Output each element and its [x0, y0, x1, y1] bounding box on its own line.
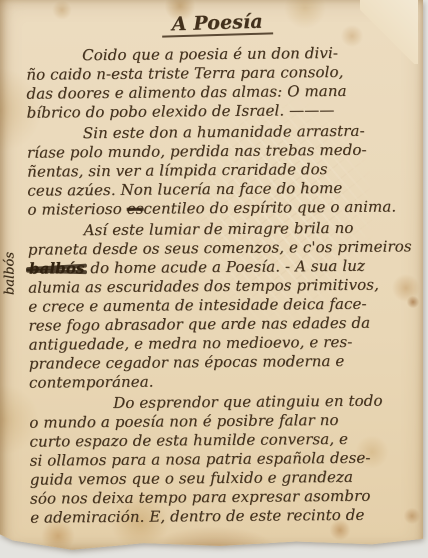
manuscript-text: A Poesía Coido que a poesia é un don div…: [26, 8, 413, 529]
manuscript-line: si ollamos para a nosa patria española d…: [30, 448, 412, 470]
manuscript-line: bíbrico do pobo elexido de Israel. ———: [27, 100, 409, 122]
manuscript-paper: balbós A Poesía Coido que a poesia é un …: [0, 0, 423, 552]
paragraph-1: Coido que a poesia é un don divi- ño cai…: [26, 43, 409, 122]
line-text: o misterioso: [27, 200, 126, 219]
paragraph-4: Do esprendor que atinguiu en todo o mund…: [29, 391, 412, 527]
line-text: do home acude a Poesía. - A sua luz: [85, 257, 365, 277]
manuscript-line: contemporánea.: [29, 370, 411, 392]
manuscript-line: Do esprendor que atinguiu en todo: [29, 391, 411, 413]
page-title: A Poesía: [161, 12, 273, 37]
manuscript-line: o misterioso escentileo do espírito que …: [27, 197, 409, 219]
paper-shadow-wrap: balbós A Poesía Coido que a poesia é un …: [0, 0, 428, 558]
paragraph-2: Sin este don a humanidade arrastra- rías…: [27, 121, 410, 219]
struck-word: es: [127, 200, 144, 218]
margin-note: balbós: [3, 238, 18, 310]
manuscript-line: e ademiración. E, dentro de este recinto…: [30, 505, 412, 527]
scan-background: balbós A Poesía Coido que a poesia é un …: [0, 0, 428, 558]
line-text: centileo do espírito que o anima.: [143, 197, 396, 217]
manuscript-line: rese fogo abrasador que arde nas edades …: [28, 313, 410, 335]
struck-word: balbós: [28, 259, 86, 278]
paragraph-3: Así este lumiar de miragre brila no pran…: [28, 218, 411, 392]
manuscript-line: ríase polo mundo, perdida nas trebas med…: [27, 140, 409, 162]
